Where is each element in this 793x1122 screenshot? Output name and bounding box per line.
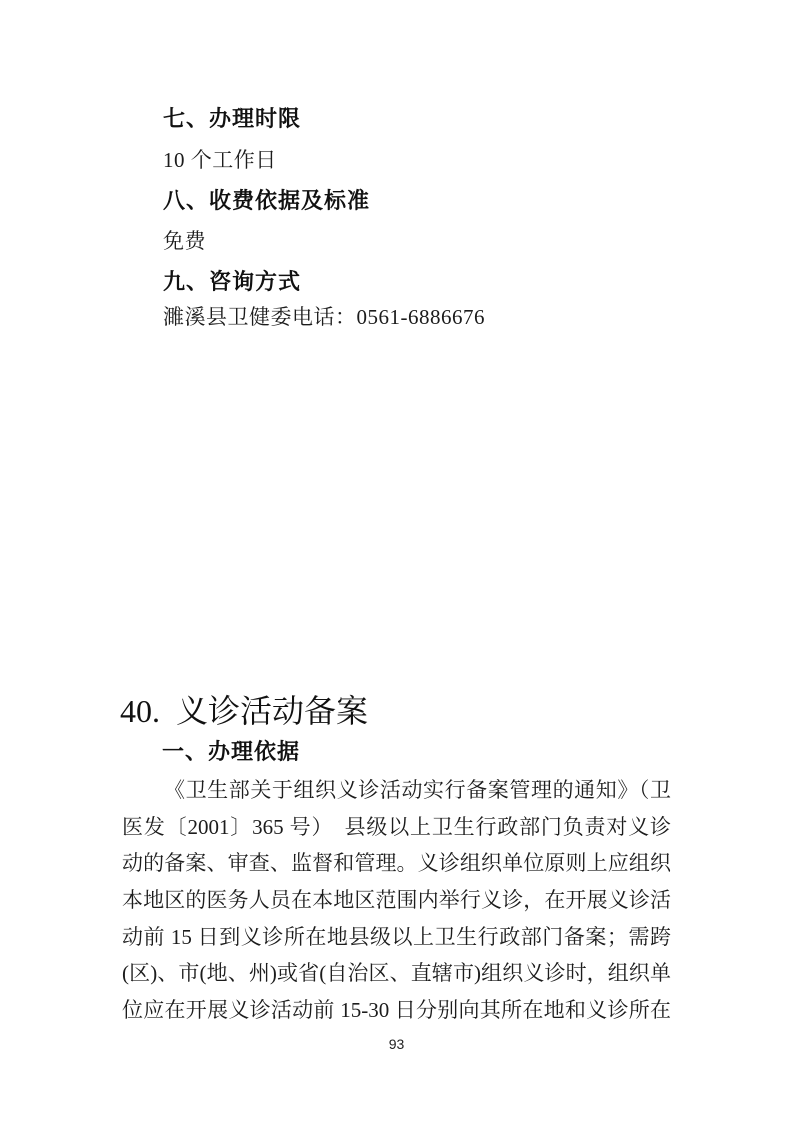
section-body-fee-basis: 免费: [163, 228, 206, 254]
paragraph-line: 动前 15 日到义诊所在地县级以上卫生行政部门备案；需跨县: [122, 919, 671, 956]
section-heading-processing-basis: 一、办理依据: [162, 739, 300, 765]
chapter-paragraph: 《卫生部关于组织义诊活动实行备案管理的通知》（卫 医发〔2001〕365 号） …: [122, 772, 671, 1029]
section-body-processing-time-limit: 10 个工作日: [163, 147, 277, 173]
paragraph-line: (区)、市(地、州)或省(自治区、直辖市)组织义诊时，组织单: [122, 955, 671, 992]
page-number: 93: [0, 1036, 793, 1052]
section-body-consultation-phone: 濉溪县卫健委电话：0561-6886676: [163, 304, 485, 330]
section-heading-consultation-method: 九、咨询方式: [163, 269, 301, 295]
document-page: 七、办理时限 10 个工作日 八、收费依据及标准 免费 九、咨询方式 濉溪县卫健…: [0, 0, 793, 1122]
section-heading-fee-basis: 八、收费依据及标准: [163, 188, 370, 214]
chapter-title: 40. 义诊活动备案: [120, 692, 368, 730]
section-heading-processing-time-limit: 七、办理时限: [163, 106, 301, 132]
paragraph-line: 《卫生部关于组织义诊活动实行备案管理的通知》（卫: [122, 772, 671, 809]
paragraph-line: 医发〔2001〕365 号） 县级以上卫生行政部门负责对义诊活: [122, 809, 671, 846]
paragraph-line: 位应在开展义诊活动前 15-30 日分别向其所在地和义诊所在: [122, 992, 671, 1029]
paragraph-line: 动的备案、审查、监督和管理。义诊组织单位原则上应组织: [122, 845, 671, 882]
paragraph-line: 本地区的医务人员在本地区范围内举行义诊，在开展义诊活: [122, 882, 671, 919]
